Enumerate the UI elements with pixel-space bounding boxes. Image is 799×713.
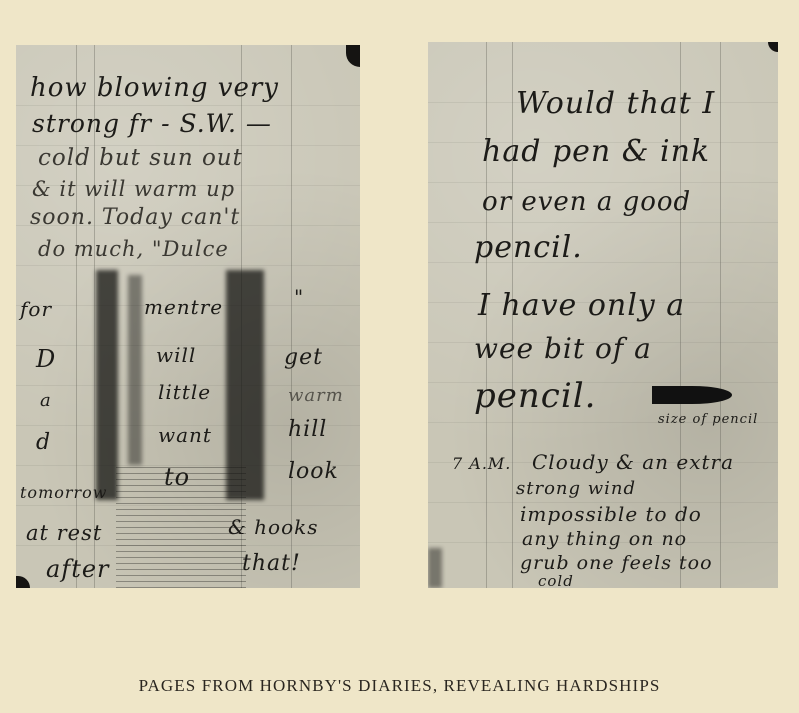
diary-line: strong fr - S.W. — xyxy=(32,109,272,138)
entry-line: strong wind xyxy=(516,478,636,499)
sketch-word: look xyxy=(288,459,339,484)
sketch-word: D xyxy=(36,345,56,373)
entry-time: 7 A.M. xyxy=(452,454,511,473)
diary-line: or even a good xyxy=(482,187,691,217)
diary-line: how blowing very xyxy=(30,73,279,103)
sketch-word: d xyxy=(36,430,51,455)
sketch-shading xyxy=(128,275,142,465)
sketch-word: mentre xyxy=(144,295,223,319)
diary-line: Would that I xyxy=(516,86,715,121)
sketch-word: will xyxy=(156,343,196,367)
right-diary-page: Would that I had pen & ink or even a goo… xyxy=(428,42,778,588)
diary-line: wee bit of a xyxy=(474,332,652,365)
sketch-word: warm xyxy=(288,385,344,406)
sketch-word: that! xyxy=(242,551,301,576)
sketch-word: a xyxy=(40,390,52,411)
sketch-word: for xyxy=(20,297,52,321)
sketch-word: get xyxy=(284,345,323,370)
sketch-word: after xyxy=(46,555,110,583)
diary-line: & it will warm up xyxy=(32,177,235,201)
diary-line: soon. Today can't xyxy=(30,205,240,230)
page-corner-shadow xyxy=(346,45,360,67)
sketch-word: at rest xyxy=(26,521,102,545)
pencil-size-note: size of pencil xyxy=(658,412,758,427)
sketch-word: want xyxy=(158,423,212,447)
diary-line: do much, "Dulce xyxy=(38,237,229,261)
page-edge-shadow xyxy=(428,548,442,588)
diary-line: pencil. xyxy=(474,376,596,416)
figure-caption: PAGES FROM HORNBY'S DIARIES, REVEALING H… xyxy=(0,676,799,696)
page-corner-shadow xyxy=(768,42,778,52)
diary-line: cold but sun out xyxy=(38,145,243,171)
left-diary-page: how blowing very strong fr - S.W. — cold… xyxy=(16,45,360,588)
sketch-word: to xyxy=(164,463,190,491)
diary-line: pencil. xyxy=(474,230,583,265)
ruled-line xyxy=(291,45,292,588)
sketch-word: & hooks xyxy=(228,515,319,539)
ruled-line xyxy=(720,42,721,588)
page-corner-shadow xyxy=(16,576,30,588)
entry-line: impossible to do xyxy=(520,502,702,526)
entry-line: grub one feels too xyxy=(520,552,713,574)
diary-line: I have only a xyxy=(478,288,685,323)
sketch-word: hill xyxy=(288,417,327,442)
sketch-word: " xyxy=(294,285,304,309)
sketch-word: little xyxy=(158,380,211,404)
entry-line: cold xyxy=(538,572,574,588)
pencil-stub-drawing xyxy=(652,386,732,404)
entry-line: Cloudy & an extra xyxy=(532,450,734,474)
entry-line: any thing on no xyxy=(522,528,687,550)
sketch-word: tomorrow xyxy=(20,483,108,502)
sketch-shading xyxy=(96,270,118,500)
diary-line: had pen & ink xyxy=(482,134,710,169)
